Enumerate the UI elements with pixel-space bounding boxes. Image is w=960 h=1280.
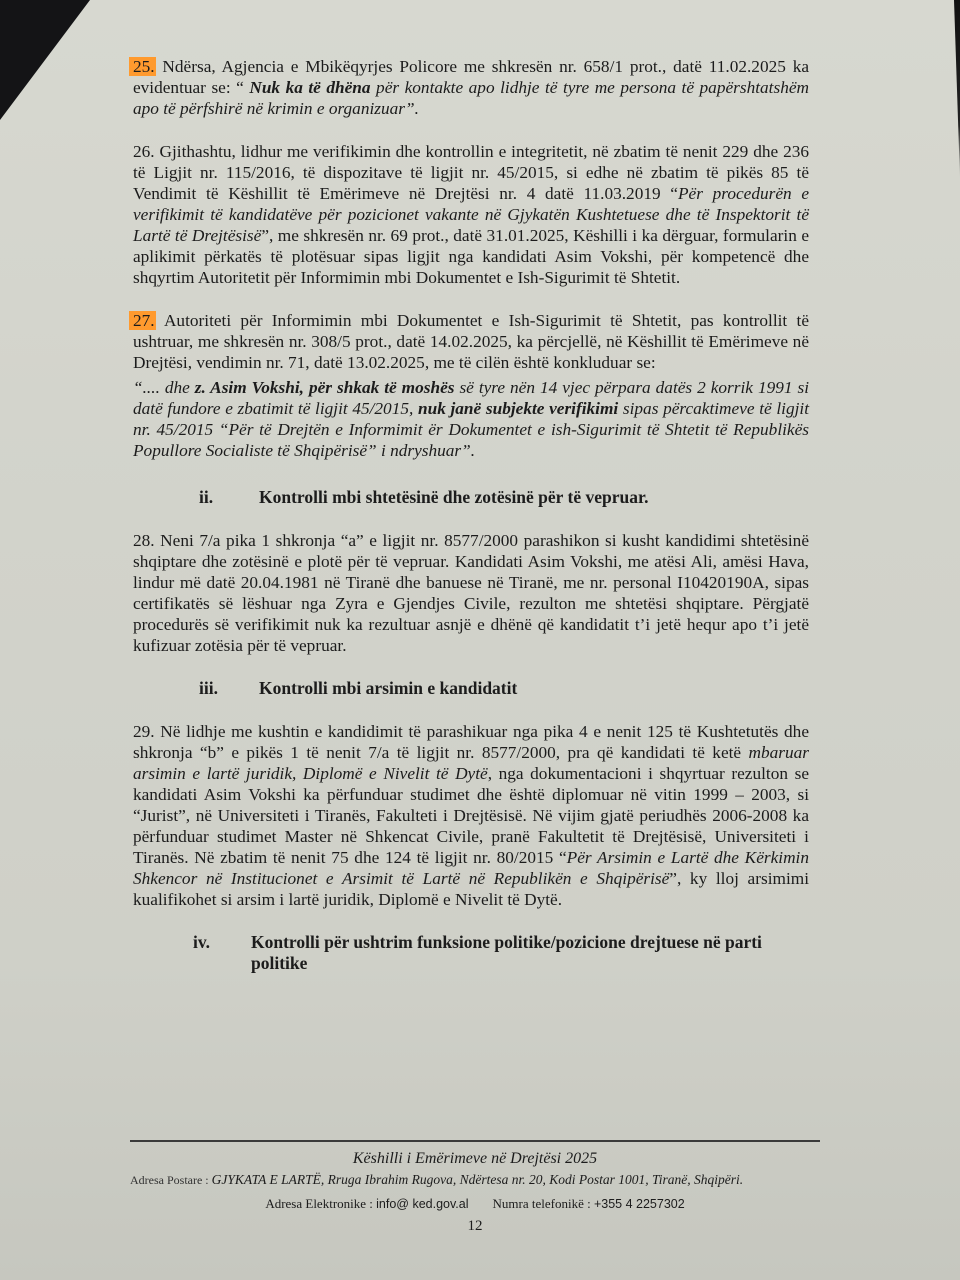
paragraph-26: 26. Gjithashtu, lidhur me verifikimin dh…: [133, 141, 809, 288]
footer-email: info@ ked.gov.al: [376, 1197, 468, 1211]
footer-phone: +355 4 2257302: [594, 1197, 685, 1211]
section-heading-ii: ii. Kontrolli mbi shtetësinë dhe zotësin…: [133, 487, 809, 508]
paragraph-25: 25. Ndërsa, Agjencia e Mbikëqyrjes Polic…: [133, 56, 809, 119]
paragraph-27-quote: “.... dhe z. Asim Vokshi, për shkak të m…: [133, 377, 809, 461]
document-body: 25. Ndërsa, Agjencia e Mbikëqyrjes Polic…: [133, 56, 809, 996]
paragraph-27: 27. Autoriteti për Informimin mbi Dokume…: [133, 310, 809, 373]
section-heading-iv: iv. Kontrolli për ushtrim funksione poli…: [133, 932, 809, 974]
footer-divider: [130, 1140, 820, 1142]
highlighted-number: 27.: [129, 311, 156, 330]
background-shadow-edge: [954, 0, 960, 180]
document-page: 25. Ndërsa, Agjencia e Mbikëqyrjes Polic…: [0, 0, 960, 1280]
paragraph-28: 28. Neni 7/a pika 1 shkronja “a” e ligji…: [133, 530, 809, 656]
footer-contact: Adresa Elektronike : info@ ked.gov.alNum…: [130, 1196, 820, 1212]
background-shadow-corner: [0, 0, 90, 120]
footer-title: Këshilli i Emërimeve në Drejtësi 2025: [130, 1150, 820, 1168]
page-number: 12: [130, 1218, 820, 1235]
page-footer: Këshilli i Emërimeve në Drejtësi 2025 Ad…: [130, 1140, 820, 1235]
paragraph-29: 29. Në lidhje me kushtin e kandidimit të…: [133, 721, 809, 910]
highlighted-number: 25.: [129, 57, 156, 76]
footer-postal-address: Adresa Postare : GJYKATA E LARTË, Rruga …: [130, 1170, 820, 1190]
section-heading-iii: iii. Kontrolli mbi arsimin e kandidatit: [133, 678, 809, 699]
